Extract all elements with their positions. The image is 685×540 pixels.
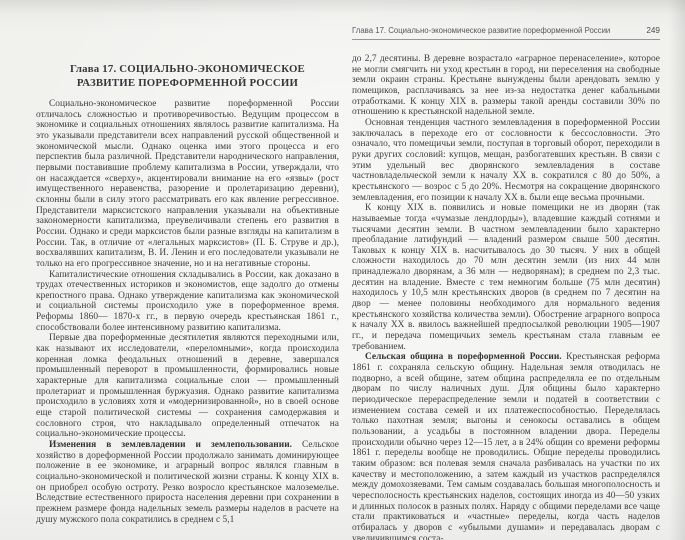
chapter-title: Глава 17. СОЦИАЛЬНО-ЭКОНОМИЧЕСКОЕ РАЗВИТ… bbox=[40, 63, 335, 90]
paragraph: К концу XIX в. появились и новые помещик… bbox=[352, 203, 660, 352]
paragraph-text: Сельское хозяйство в дореформенной Росси… bbox=[36, 440, 339, 525]
run-in-heading: Изменения в землевладении и землепользов… bbox=[49, 440, 292, 450]
paragraph: Первые два пореформенные десятилетия явл… bbox=[36, 333, 339, 440]
running-header-title: Глава 17. Социально-экономическое развит… bbox=[352, 26, 610, 35]
paragraph-continuation: до 2,7 десятины. В деревне возрастало «а… bbox=[352, 54, 660, 118]
left-page: Глава 17. СОЦИАЛЬНО-ЭКОНОМИЧЕСКОЕ РАЗВИТ… bbox=[36, 63, 339, 525]
paragraph-with-run-in-heading: Сельская община в пореформенной России. … bbox=[352, 352, 660, 540]
paragraph: Социально-экономическое развитие порефор… bbox=[36, 99, 339, 270]
scan-top-shadow bbox=[0, 0, 685, 14]
paragraph-text: Крестьянская реформа 1861 г. сохраняла с… bbox=[352, 352, 660, 540]
paragraph-with-run-in-heading: Изменения в землевладении и землепользов… bbox=[36, 440, 339, 525]
page-stack-edge bbox=[669, 0, 685, 540]
right-page: Глава 17. Социально-экономическое развит… bbox=[352, 26, 660, 540]
run-in-heading: Сельская община в пореформенной России. bbox=[365, 352, 562, 362]
running-header: Глава 17. Социально-экономическое развит… bbox=[352, 26, 660, 40]
book-spread-scan: Глава 17. СОЦИАЛЬНО-ЭКОНОМИЧЕСКОЕ РАЗВИТ… bbox=[0, 0, 685, 540]
page-number: 249 bbox=[646, 26, 660, 35]
paragraph: Капиталистические отношения складывались… bbox=[36, 270, 339, 334]
paragraph: Основная тенденция частного землевладени… bbox=[352, 118, 660, 203]
